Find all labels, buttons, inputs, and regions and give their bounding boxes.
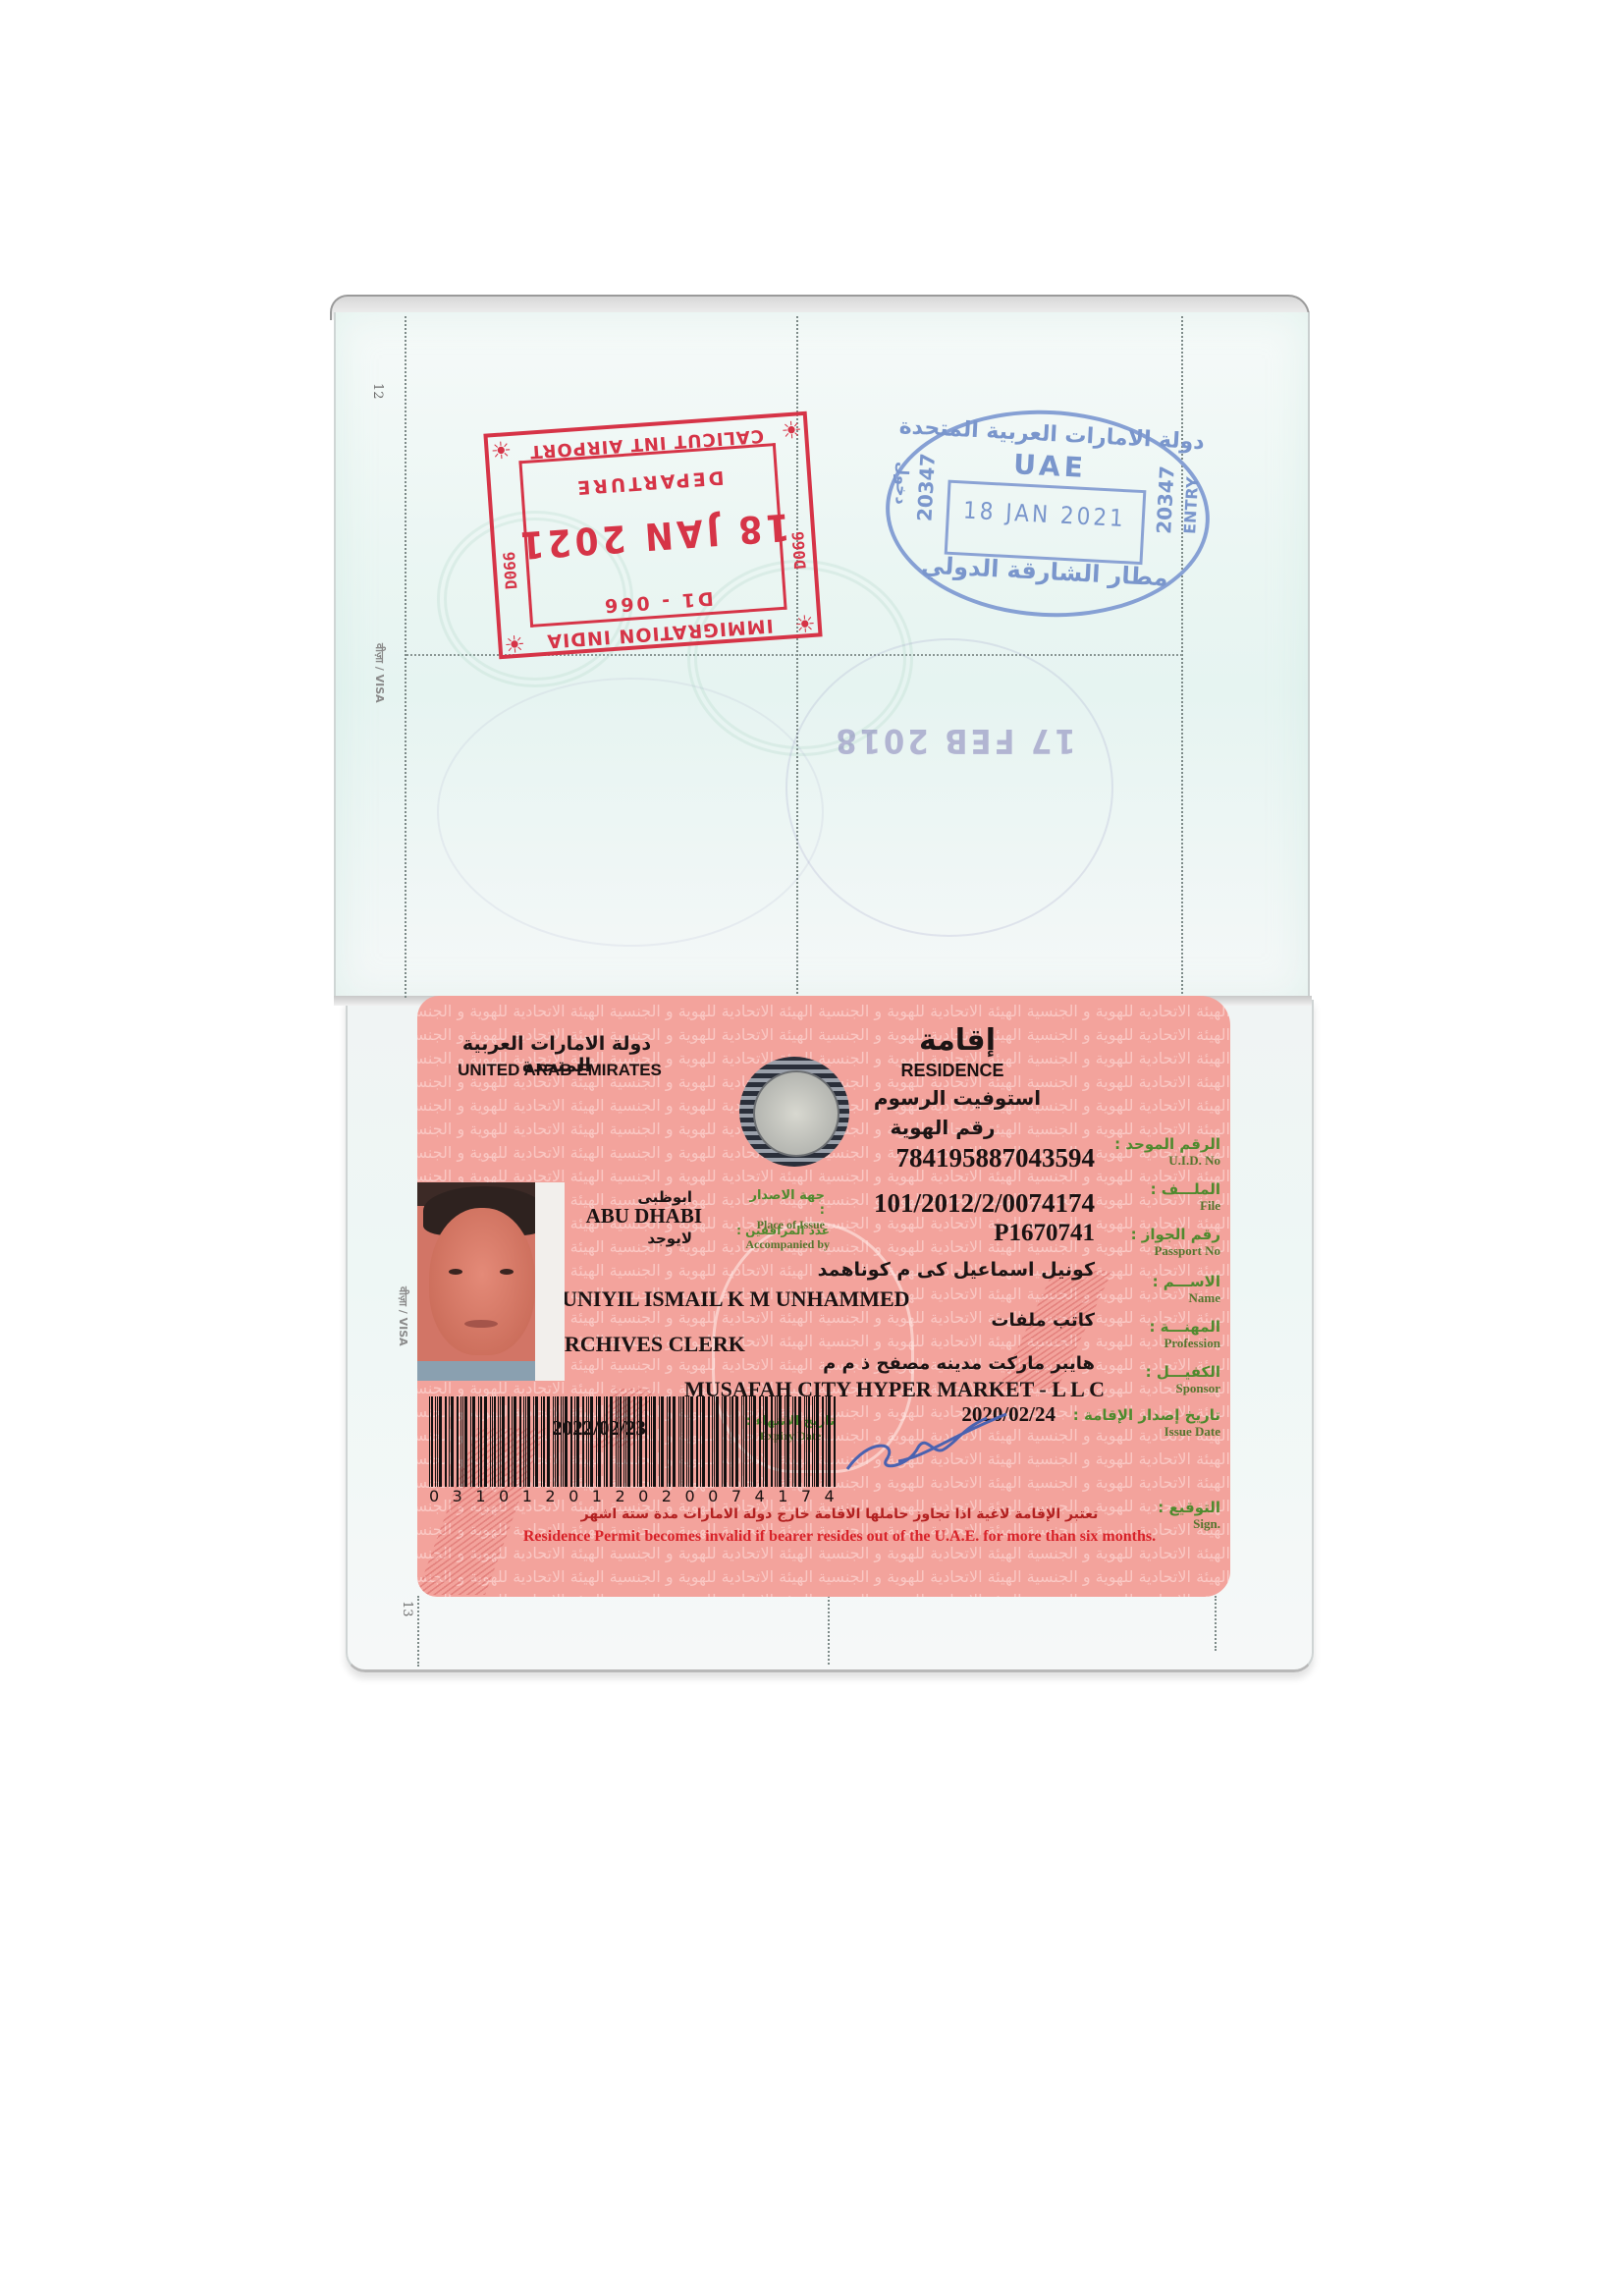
faint-stamp-circle [437,678,824,947]
page-number-upper: 12 [370,383,385,400]
barcode-number: 031012012020074174 [429,1487,841,1505]
name-value-arabic: كونيل اسماعيل كى م كوناهمد [731,1259,1095,1281]
validity-warning-arabic: تعتبر الإقامة لاغية اذا تجاوز حاملها الا… [535,1506,1144,1522]
page-divider-line [417,1596,419,1667]
permit-title-english: RESIDENCE [879,1061,1026,1081]
passport-value: P1670741 [879,1220,1095,1247]
passport-label: رقم الجواز : Passport No [1103,1226,1220,1259]
visa-page-label: वीज़ा / VISA [372,643,387,703]
page-divider-line [1215,1596,1217,1651]
validity-warning-english: Residence Permit becomes invalid if bear… [466,1528,1213,1546]
sponsor-label: الكفيـــل : Sponsor [1103,1363,1220,1396]
name-value-english: KUNIYIL ISMAIL K M UNHAMMED [545,1286,1095,1312]
faint-stamp-date: 17 FEB 2018 [827,721,1082,760]
profession-label: المهنـــة : Profession [1103,1318,1220,1351]
visa-page-label: वीज़ा / VISA [396,1286,410,1346]
page-divider-line [828,1596,830,1665]
name-label: الاســـم : Name [1103,1273,1220,1306]
sun-rays-icon: ☀ [780,415,802,440]
india-departure-stamp: IMMIGRATION INDIA D1 - 066 18 JAN 2021 D… [483,411,822,659]
uid-value: 784195887043594 [722,1143,1095,1174]
issue-date-label: تاريخ إصدار الإقامة : Issue Date [1065,1406,1220,1440]
stamp-side-code: D066 [788,531,810,571]
residence-permit-sticker: الهيئة الاتحادية للهوية و الجنسية الهيئة… [417,996,1230,1597]
faint-entry-stamp: 17 FEB 2018 [785,638,1113,937]
sun-rays-icon: ☀ [503,629,525,654]
barcode [427,1396,839,1487]
place-of-issue-english: ABU DHABI [545,1204,702,1229]
profession-value-arabic: كاتب ملفات [830,1310,1095,1331]
stamp-number: 20347 [1152,465,1179,535]
stamp-arabic-side: دخول [892,462,912,506]
sponsor-value-arabic: هايبر ماركت مدينه مصفح ذ م م [712,1353,1095,1374]
page-number-lower: 13 [400,1601,414,1617]
fees-paid-arabic: استوفيت الرسوم [849,1086,1065,1110]
uid-label: الرقم الموحد : U.I.D. No [1103,1135,1220,1169]
country-name-english: UNITED ARAB EMIRATES [427,1061,692,1080]
accompanied-value-arabic: لايوجد [565,1230,692,1247]
stamp-direction: ENTRY [1180,476,1202,534]
stamp-side-code: D066 [500,551,521,590]
page-divider-line [405,316,406,998]
file-value: 101/2012/2/0074174 [810,1188,1095,1219]
permit-title-arabic: إقامة [889,1023,1026,1058]
holder-signature [839,1398,1016,1487]
id-number-label-arabic: رقم الهوية [869,1116,1016,1139]
accompanied-label: عدد المرافقين : Accompanied by [712,1224,830,1252]
holder-photo [417,1182,553,1381]
photo-background [535,1182,565,1381]
file-label: الملـــف : File [1103,1180,1220,1214]
uae-entry-stamp: دولة الامارات العربية المتحدة UAE 18 JAN… [881,403,1216,626]
stamp-number: 20347 [912,453,940,522]
sun-rays-icon: ☀ [793,610,816,634]
sun-rays-icon: ☀ [490,436,513,461]
